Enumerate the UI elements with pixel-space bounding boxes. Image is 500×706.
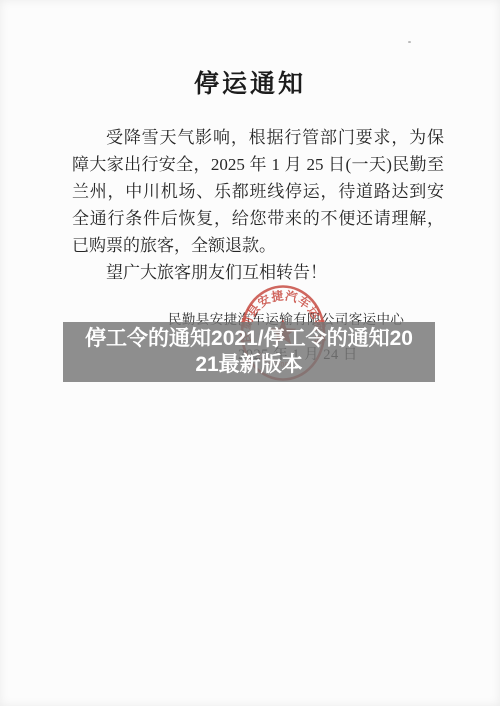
notice-body: 受降雪天气影响，根据行管部门要求，为保障大家出行安全，2025 年 1 月 25… — [72, 124, 444, 286]
notice-title: 停运通知 — [0, 64, 500, 100]
notice-photo: 停运通知 受降雪天气影响，根据行管部门要求，为保障大家出行安全，2025 年 1… — [0, 0, 500, 706]
photo-speck — [408, 41, 411, 43]
notice-paragraph: 受降雪天气影响，根据行管部门要求，为保障大家出行安全，2025 年 1 月 25… — [72, 124, 444, 259]
caption-banner-line: 21最新版本 — [195, 352, 302, 378]
caption-banner-line: 停工令的通知2021/停工令的通知20 — [85, 326, 413, 352]
caption-banner: 停工令的通知2021/停工令的通知20 21最新版本 — [63, 322, 435, 382]
